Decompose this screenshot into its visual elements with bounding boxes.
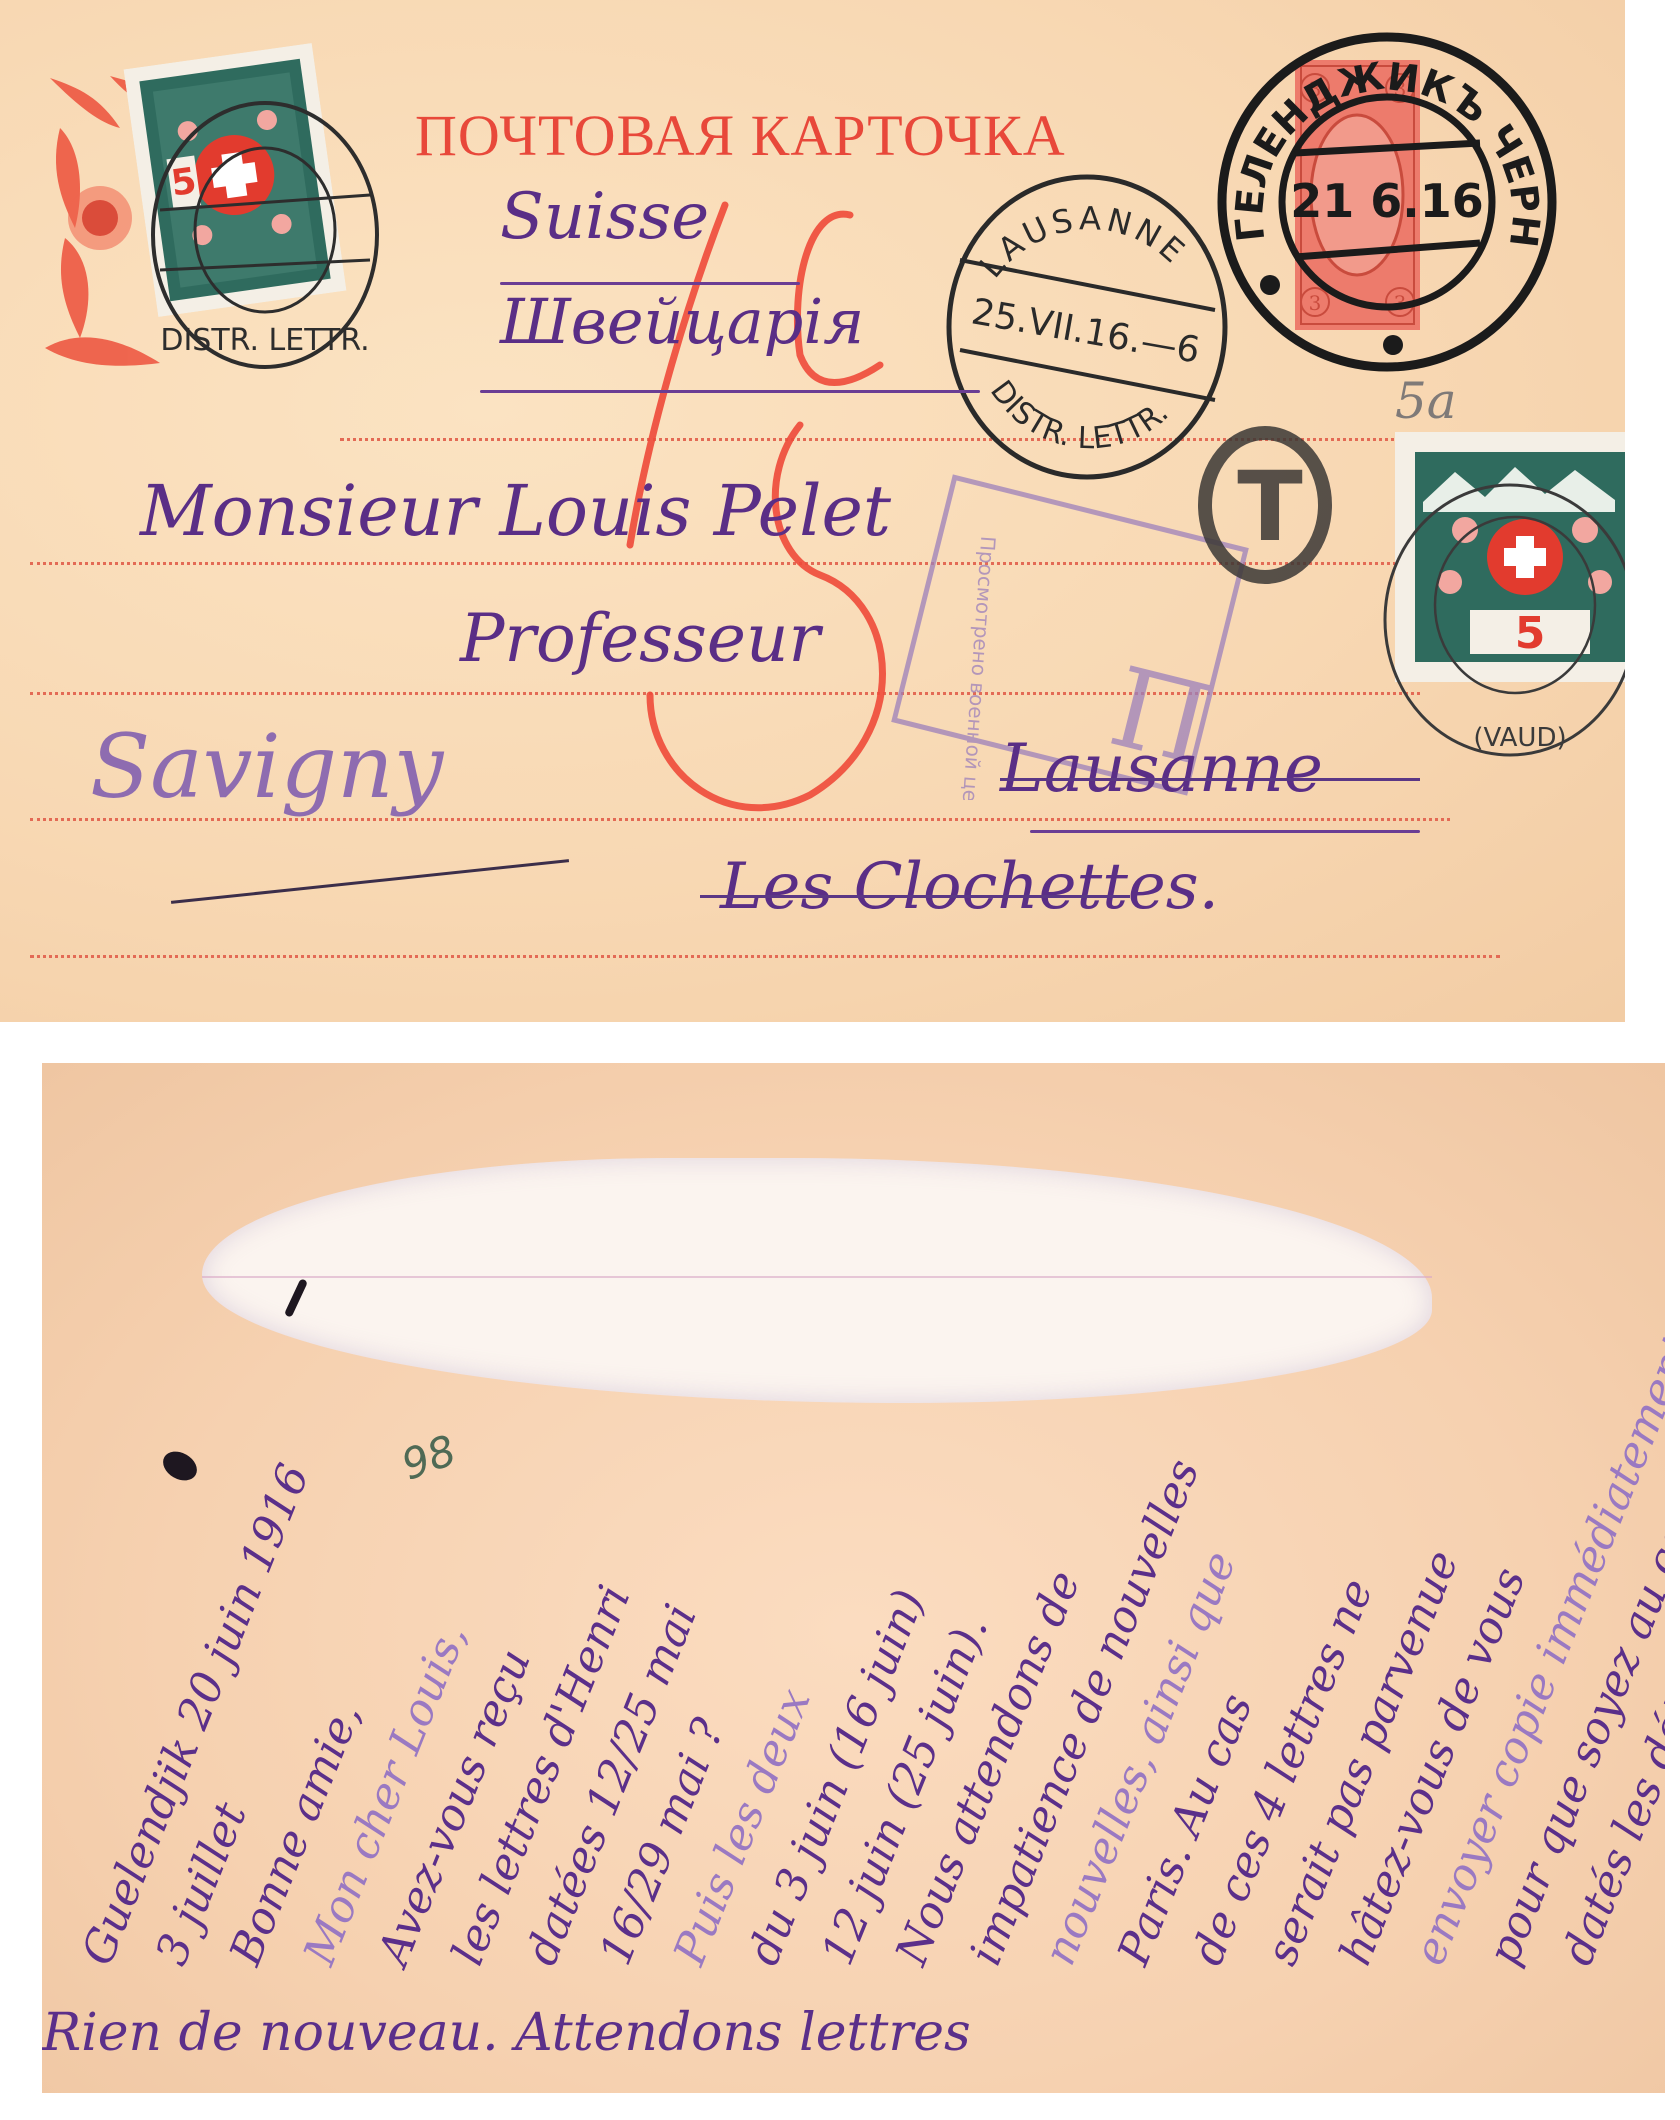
torn-area — [202, 1158, 1432, 1403]
svg-text:21 6.16: 21 6.16 — [1290, 174, 1484, 228]
postcard-back: 98 Guelendjik 20 juin 19163 juilletBonne… — [42, 1063, 1665, 2093]
pencil-note: 5a — [1395, 372, 1457, 430]
underline — [480, 390, 980, 393]
strike-line — [1000, 778, 1420, 781]
handwriting-country-fr: Suisse — [500, 180, 709, 254]
strike-line — [171, 859, 569, 904]
svg-text:(VAUD): (VAUD) — [1473, 723, 1566, 753]
underline — [1030, 830, 1420, 833]
handwriting-addressee: Monsieur Louis Pelet — [140, 470, 891, 552]
handwriting-city-struck: Lausanne — [1000, 730, 1323, 807]
tax-mark-t: T — [1190, 420, 1340, 590]
svg-text:LAUSANNE: LAUSANNE — [972, 199, 1195, 285]
strike-line — [700, 895, 1130, 898]
postmark-gelendzhik: ГЕЛЕНДЖИКЪ ЧЕРН.Г. 21 6.16 — [1210, 25, 1565, 380]
address-line — [30, 955, 1500, 958]
svg-text:T: T — [1237, 451, 1302, 563]
pencil-number: 98 — [395, 1425, 462, 1489]
svg-text:DISTR. LETTR.: DISTR. LETTR. — [160, 323, 369, 358]
handwriting-street-struck: Les Clochettes. — [720, 850, 1219, 924]
card-title: ПОЧТОВАЯ КАРТОЧКА — [415, 102, 1066, 169]
postmark-left: DISTR. LETTR. — [140, 90, 390, 380]
handwriting-country-ru: Швейцарiя — [500, 285, 864, 358]
postmark-right: (VAUD) — [1370, 480, 1625, 770]
ink-blot — [158, 1446, 202, 1487]
letter-footer: Rien de nouveau. Attendons lettres — [42, 2003, 971, 2063]
handwriting-redirect: Savigny — [90, 715, 443, 818]
postcard-front: ПОЧТОВАЯ КАРТОЧКА 5 DISTR. LETTR. 3 3 — [0, 0, 1625, 1022]
handwriting-title: Professeur — [460, 600, 820, 677]
